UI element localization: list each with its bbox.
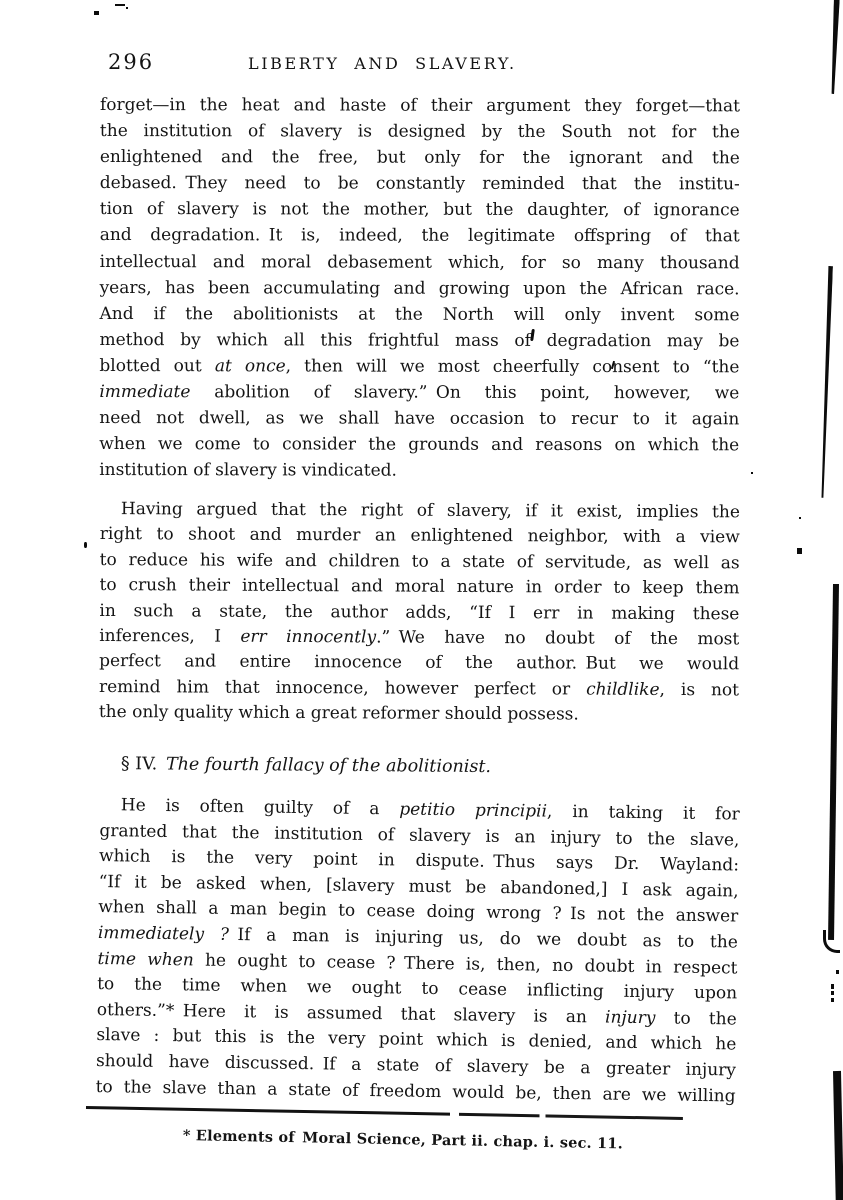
- text-run: in such a state, the author adds, “If I …: [99, 601, 739, 624]
- text-run: the institution of slavery is designed b…: [100, 121, 740, 142]
- text-line: need not dwell, as we shall have occasio…: [99, 405, 739, 432]
- scan-speck: [84, 542, 87, 548]
- running-title: LIBERTY AND SLAVERY.: [248, 54, 517, 73]
- paragraph: forget—in the heat and haste of their ar…: [99, 92, 740, 485]
- text-line: § IV. The fourth fallacy of the abolitio…: [100, 752, 740, 782]
- text-run: when we come to consider the grounds and…: [99, 434, 739, 455]
- scan-speck: [115, 4, 125, 6]
- text-line: years, has been accumulating and growing…: [100, 275, 740, 302]
- text-run: perfect and entire innocence of the auth…: [99, 652, 739, 675]
- text-run: need not dwell, as we shall have occasio…: [99, 408, 739, 429]
- text-run: And if the abolitionists at the North wi…: [100, 304, 740, 325]
- text-run: institution of slavery is vindicated.: [99, 460, 397, 481]
- text-run: to the: [655, 1008, 737, 1029]
- scan-streak: [820, 266, 833, 498]
- text-run: inferences, I: [99, 626, 240, 647]
- text-run: He is often guilty of a: [121, 796, 400, 820]
- text-line: to reduce his wife and children to a sta…: [100, 548, 740, 577]
- text-line: in such a state, the author adds, “If I …: [99, 599, 739, 628]
- text-run: tion of slavery is not the mother, but t…: [100, 199, 740, 220]
- text-line: remind him that innocence, however perfe…: [99, 675, 739, 704]
- italic-run: childlike: [586, 680, 660, 700]
- paragraph: He is often guilty of a petitio principi…: [95, 793, 739, 1110]
- scan-speck: [836, 970, 839, 974]
- section-heading: § IV. The fourth fallacy of the abolitio…: [100, 752, 740, 782]
- text-run: enlightened and the free, but only for t…: [100, 147, 740, 168]
- italic-run: err innocently: [240, 627, 376, 648]
- page-number: 296: [108, 50, 154, 74]
- text-run: , in taking it for: [547, 802, 740, 825]
- italic-run: time when: [97, 949, 194, 970]
- scan-streak: [828, 584, 839, 940]
- text-line: intellectual and moral debasement which,…: [100, 249, 740, 276]
- scan-speck: [126, 7, 128, 9]
- text-line: the only quality which a great reformer …: [99, 701, 739, 730]
- text-line: when we come to consider the grounds and…: [99, 431, 739, 458]
- text-run: forget—in the heat and haste of their ar…: [100, 95, 740, 116]
- text-run: Having argued that the right of slavery,…: [121, 500, 740, 523]
- text-line: Having argued that the right of slavery,…: [100, 497, 740, 526]
- text-block: forget—in the heat and haste of their ar…: [100, 92, 740, 1101]
- text-run: , then will we most cheerfully consent t…: [286, 356, 740, 377]
- italic-run: petitio principii: [399, 800, 547, 822]
- text-run: the only quality which a great reformer …: [99, 703, 579, 726]
- text-line: and degradation. It is, indeed, the legi…: [100, 222, 740, 249]
- text-line: debased. They need to be constantly remi…: [100, 170, 740, 197]
- text-line: * Elements of Moral Science, Part ii. ch…: [183, 1126, 623, 1154]
- text-line: right to shoot and murder an enlightened…: [100, 523, 740, 552]
- text-run: .” We have no doubt of the most: [376, 628, 739, 650]
- italic-run: immediately ?: [98, 923, 229, 945]
- scan-speck: [797, 548, 802, 554]
- text-run: , is not: [660, 680, 740, 700]
- text-line: forget—in the heat and haste of their ar…: [100, 92, 740, 119]
- text-line: institution of slavery is vindicated.: [99, 457, 739, 484]
- text-run: * Elements of Moral Science, Part ii. ch…: [183, 1127, 623, 1152]
- text-run: § IV.: [121, 754, 166, 774]
- scan-speck: [831, 991, 834, 995]
- text-line: inferences, I err innocently.” We have n…: [99, 624, 739, 653]
- text-line: And if the abolitionists at the North wi…: [100, 301, 740, 328]
- text-run: abolition of slavery.” On this point, ho…: [190, 382, 739, 403]
- text-line: perfect and entire innocence of the auth…: [99, 650, 739, 679]
- scan-speck: [751, 472, 753, 474]
- text-run: If a man is injuring us, do we doubt as …: [229, 925, 738, 953]
- text-run: intellectual and moral debasement which,…: [100, 252, 740, 273]
- text-run: method by which all this frightful mass …: [99, 330, 739, 351]
- text-run: and degradation. It is, indeed, the legi…: [100, 225, 740, 246]
- text-line: enlightened and the free, but only for t…: [100, 144, 740, 171]
- text-run: remind him that innocence, however perfe…: [99, 677, 586, 700]
- footnote: * Elements of Moral Science, Part ii. ch…: [183, 1126, 623, 1154]
- text-line: immediate abolition of slavery.” On this…: [99, 379, 739, 406]
- text-run: debased. They need to be constantly remi…: [100, 173, 740, 194]
- page-header: 296 LIBERTY AND SLAVERY.: [108, 50, 748, 80]
- text-run: to reduce his wife and children to a sta…: [100, 550, 740, 573]
- scan-streak: [823, 930, 840, 953]
- text-run: years, has been accumulating and growing…: [100, 278, 740, 299]
- scan-speck: [94, 11, 99, 15]
- scan-streak: [829, 0, 840, 94]
- text-line: the institution of slavery is designed b…: [100, 118, 740, 145]
- book-page: 296 LIBERTY AND SLAVERY. forget—in the h…: [0, 0, 843, 1200]
- scan-streak: [833, 1071, 843, 1200]
- footnote-rule: [86, 1106, 683, 1120]
- italic-run: at once: [215, 356, 286, 376]
- scan-speck: [799, 517, 801, 519]
- italic-run: The fourth fallacy of the abolitionist.: [166, 755, 491, 778]
- text-line: to crush their intellectual and moral na…: [99, 574, 739, 603]
- italic-run: immediate: [99, 382, 190, 402]
- text-line: method by which all this frightful mass …: [99, 327, 739, 354]
- text-line: tion of slavery is not the mother, but t…: [100, 196, 740, 223]
- text-run: to crush their intellectual and moral na…: [99, 576, 739, 599]
- text-run: blotted out: [99, 356, 214, 376]
- text-line: blotted out at once, then will we most c…: [99, 353, 739, 380]
- scan-speck: [831, 984, 834, 989]
- text-run: right to shoot and murder an enlightened…: [100, 525, 740, 548]
- scan-speck: [831, 998, 834, 1002]
- paragraph: Having argued that the right of slavery,…: [99, 497, 740, 729]
- italic-run: injury: [605, 1008, 656, 1029]
